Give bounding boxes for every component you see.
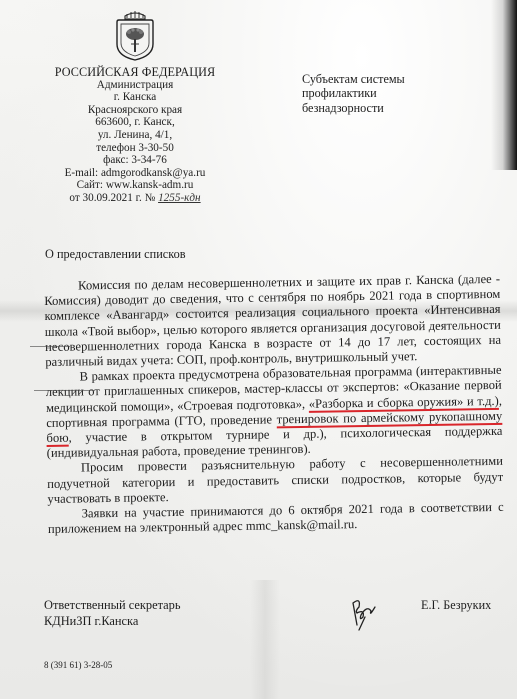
kansk-coat-of-arms-icon bbox=[113, 10, 157, 62]
addressee-line-1: Субъектам системы bbox=[302, 72, 405, 86]
letter-body: Комиссия по делам несовершеннолетних и з… bbox=[44, 272, 504, 538]
country-name: РОССИЙСКАЯ ФЕДЕРАЦИЯ bbox=[30, 66, 240, 79]
site-line: Сайт: www.kansk-adm.ru bbox=[30, 179, 240, 192]
pen-mark bbox=[30, 346, 70, 347]
fax-line: факс: 3-34-76 bbox=[30, 154, 240, 167]
letter-subject: О предоставлении списков bbox=[45, 247, 186, 262]
photo-edge-shadow bbox=[491, 0, 517, 170]
paragraph-4: Заявки на участие принимаются до 6 октяб… bbox=[48, 500, 504, 538]
addressee-line-3: безнадзорности bbox=[302, 101, 405, 115]
org-line-1: Администрация bbox=[30, 79, 240, 92]
paragraph-1: Комиссия по делам несовершеннолетних и з… bbox=[44, 272, 501, 370]
org-line-2: г. Канска bbox=[30, 91, 240, 104]
email-line: E-mail: admgorodkansk@ya.ru bbox=[30, 167, 240, 180]
addressee-line-2: профилактики bbox=[302, 86, 405, 100]
letter-page: РОССИЙСКАЯ ФЕДЕРАЦИЯ Администрация г. Ка… bbox=[0, 0, 517, 699]
pen-mark bbox=[34, 390, 94, 391]
paragraph-2: В рамках проекта предусмотрена образоват… bbox=[45, 363, 502, 461]
handwritten-signature-icon bbox=[347, 595, 381, 631]
paragraph-3: Просим провести разъяснительную работу с… bbox=[47, 454, 504, 507]
addressee-block: Субъектам системы профилактики безнадзор… bbox=[302, 72, 405, 115]
date-text: от 30.09.2021 г. № bbox=[69, 192, 155, 204]
address-line-1: 663600, г. Канск, bbox=[30, 116, 240, 129]
address-line-2: ул. Ленина, 4/1, bbox=[30, 129, 240, 142]
paper-fold-shadow-vertical bbox=[250, 580, 280, 699]
position-line-1: Ответственный секретарь bbox=[44, 597, 181, 613]
date-line: от 30.09.2021 г. № 1255-кдн bbox=[30, 192, 240, 205]
position-line-2: КДНиЗП г.Канска bbox=[44, 613, 181, 629]
red-underlined-weapons-text: «Разборка и сборка оружия» и т.д.) bbox=[309, 393, 499, 410]
signatory-position: Ответственный секретарь КДНиЗП г.Канска bbox=[44, 597, 181, 629]
signatory-name: Е.Г. Безруких bbox=[421, 598, 491, 613]
registration-number: 1255-кдн bbox=[158, 192, 201, 204]
org-line-3: Красноярского края bbox=[30, 104, 240, 117]
sender-header: РОССИЙСКАЯ ФЕДЕРАЦИЯ Администрация г. Ка… bbox=[30, 66, 240, 205]
contact-phone: 8 (391 61) 3-28-05 bbox=[44, 660, 112, 670]
phone-line: телефон 3-30-50 bbox=[30, 142, 240, 155]
